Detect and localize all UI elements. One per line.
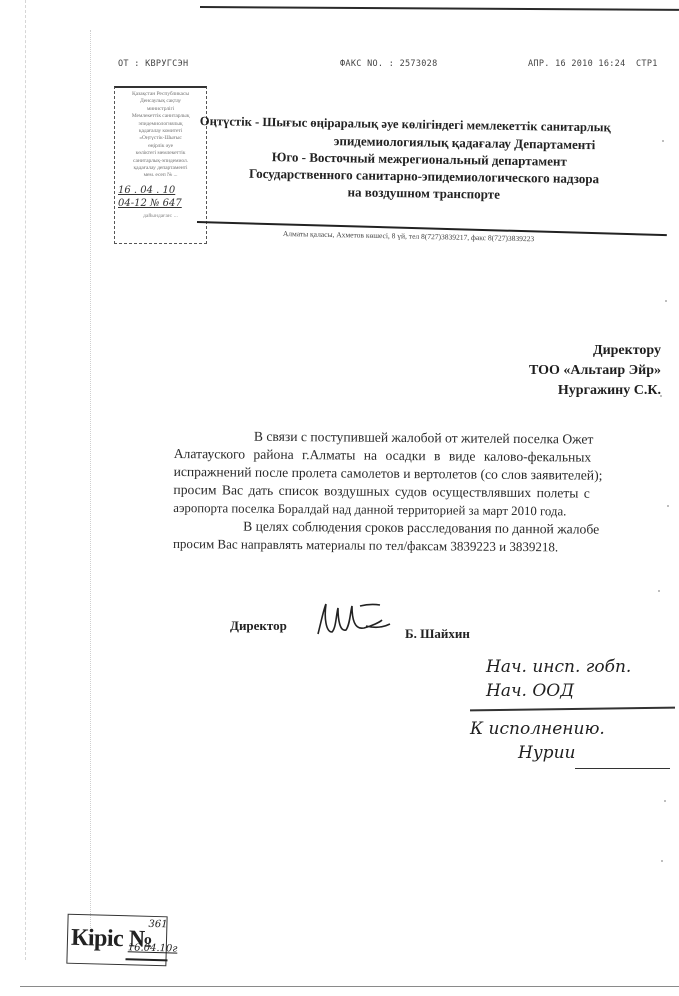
fax-number: ФАКС NO. : 2573028 [340,59,438,69]
scan-speckle [658,590,660,592]
scan-speckle [660,395,662,397]
stamp-line: қадағалау комитеті [118,128,203,135]
resolution-signature: Нурии [470,741,679,765]
page-fold-line [90,30,91,930]
stamp-line: көліктегі мемлекеттік [118,150,203,157]
recipient-company: ТОО «Альтаир Эйр» [529,361,661,381]
stamp-text: Қазақстан Республикасы Денсаулық сақтау … [118,91,203,180]
incoming-date-underline [125,958,167,961]
fax-datetime: АПР. 16 2010 16:24 [528,59,626,69]
incoming-date: 16.04.10г [128,942,178,954]
stamp-handwritten-date: 16 . 04 . 10 [118,184,203,197]
stamp-line: қадағалау департаменті [118,165,203,172]
resolution-line2: Нач. ООД [470,679,679,703]
stamp-handwritten-number: 04-12 № 647 [118,197,203,210]
resolution-signature-underline [575,768,670,769]
page-fold-line [25,0,26,960]
signatory-name: Б. Шайхин [405,626,470,642]
resolution-line3: К исполнению. [470,717,679,741]
recipient-name: Нургажину С.К. [529,381,661,401]
letterhead: Оңтүстік - Шығыс өңіраралық әуе көлігінд… [199,113,670,205]
stamp-line: «Оңтүстік-Шығыс [118,135,203,142]
scan-speckle [664,800,666,802]
incoming-stamp: Кіріс № 361 16.04.10г [66,914,167,967]
stamp-line: эпидемиологиялық [118,121,203,128]
stamp-line: Денсаулық сақтау [118,98,203,105]
stamp-line: Мемлекеттік санитарлық [118,113,203,120]
letter-body: В связи с поступившей жалобой от жителей… [173,427,674,557]
resolution-line1: Нач. инсп. гобп. [470,655,679,679]
stamp-line: санитарлық-эпидемиол. [118,158,203,165]
incoming-number: 361 [148,919,167,930]
stamp-line: Қазақстан Республикасы [118,91,203,98]
recipient-title: Директору [529,341,661,361]
fax-from: ОТ : КВРУГСЭН [118,59,188,69]
stamp-footer: дайындаған: ... [118,213,203,219]
scan-speckle [661,860,663,862]
page-bottom-edge [20,986,679,987]
stamp-line: мем. есеп № ... [118,172,203,179]
page-top-edge [200,6,679,11]
scan-speckle [667,505,669,507]
registration-stamp: Қазақстан Республикасы Денсаулық сақтау … [114,86,207,244]
fax-page: СТР1 [636,59,658,69]
recipient-block: Директору ТОО «Альтаир Эйр» Нургажину С.… [529,341,661,401]
scan-speckle [662,140,664,142]
stamp-line: министрлігі [118,106,203,113]
stamp-line: өңірлік әуе [118,143,203,150]
handwritten-signature-icon [310,598,410,640]
scan-speckle [665,300,667,302]
signatory-title: Директор [230,618,287,634]
